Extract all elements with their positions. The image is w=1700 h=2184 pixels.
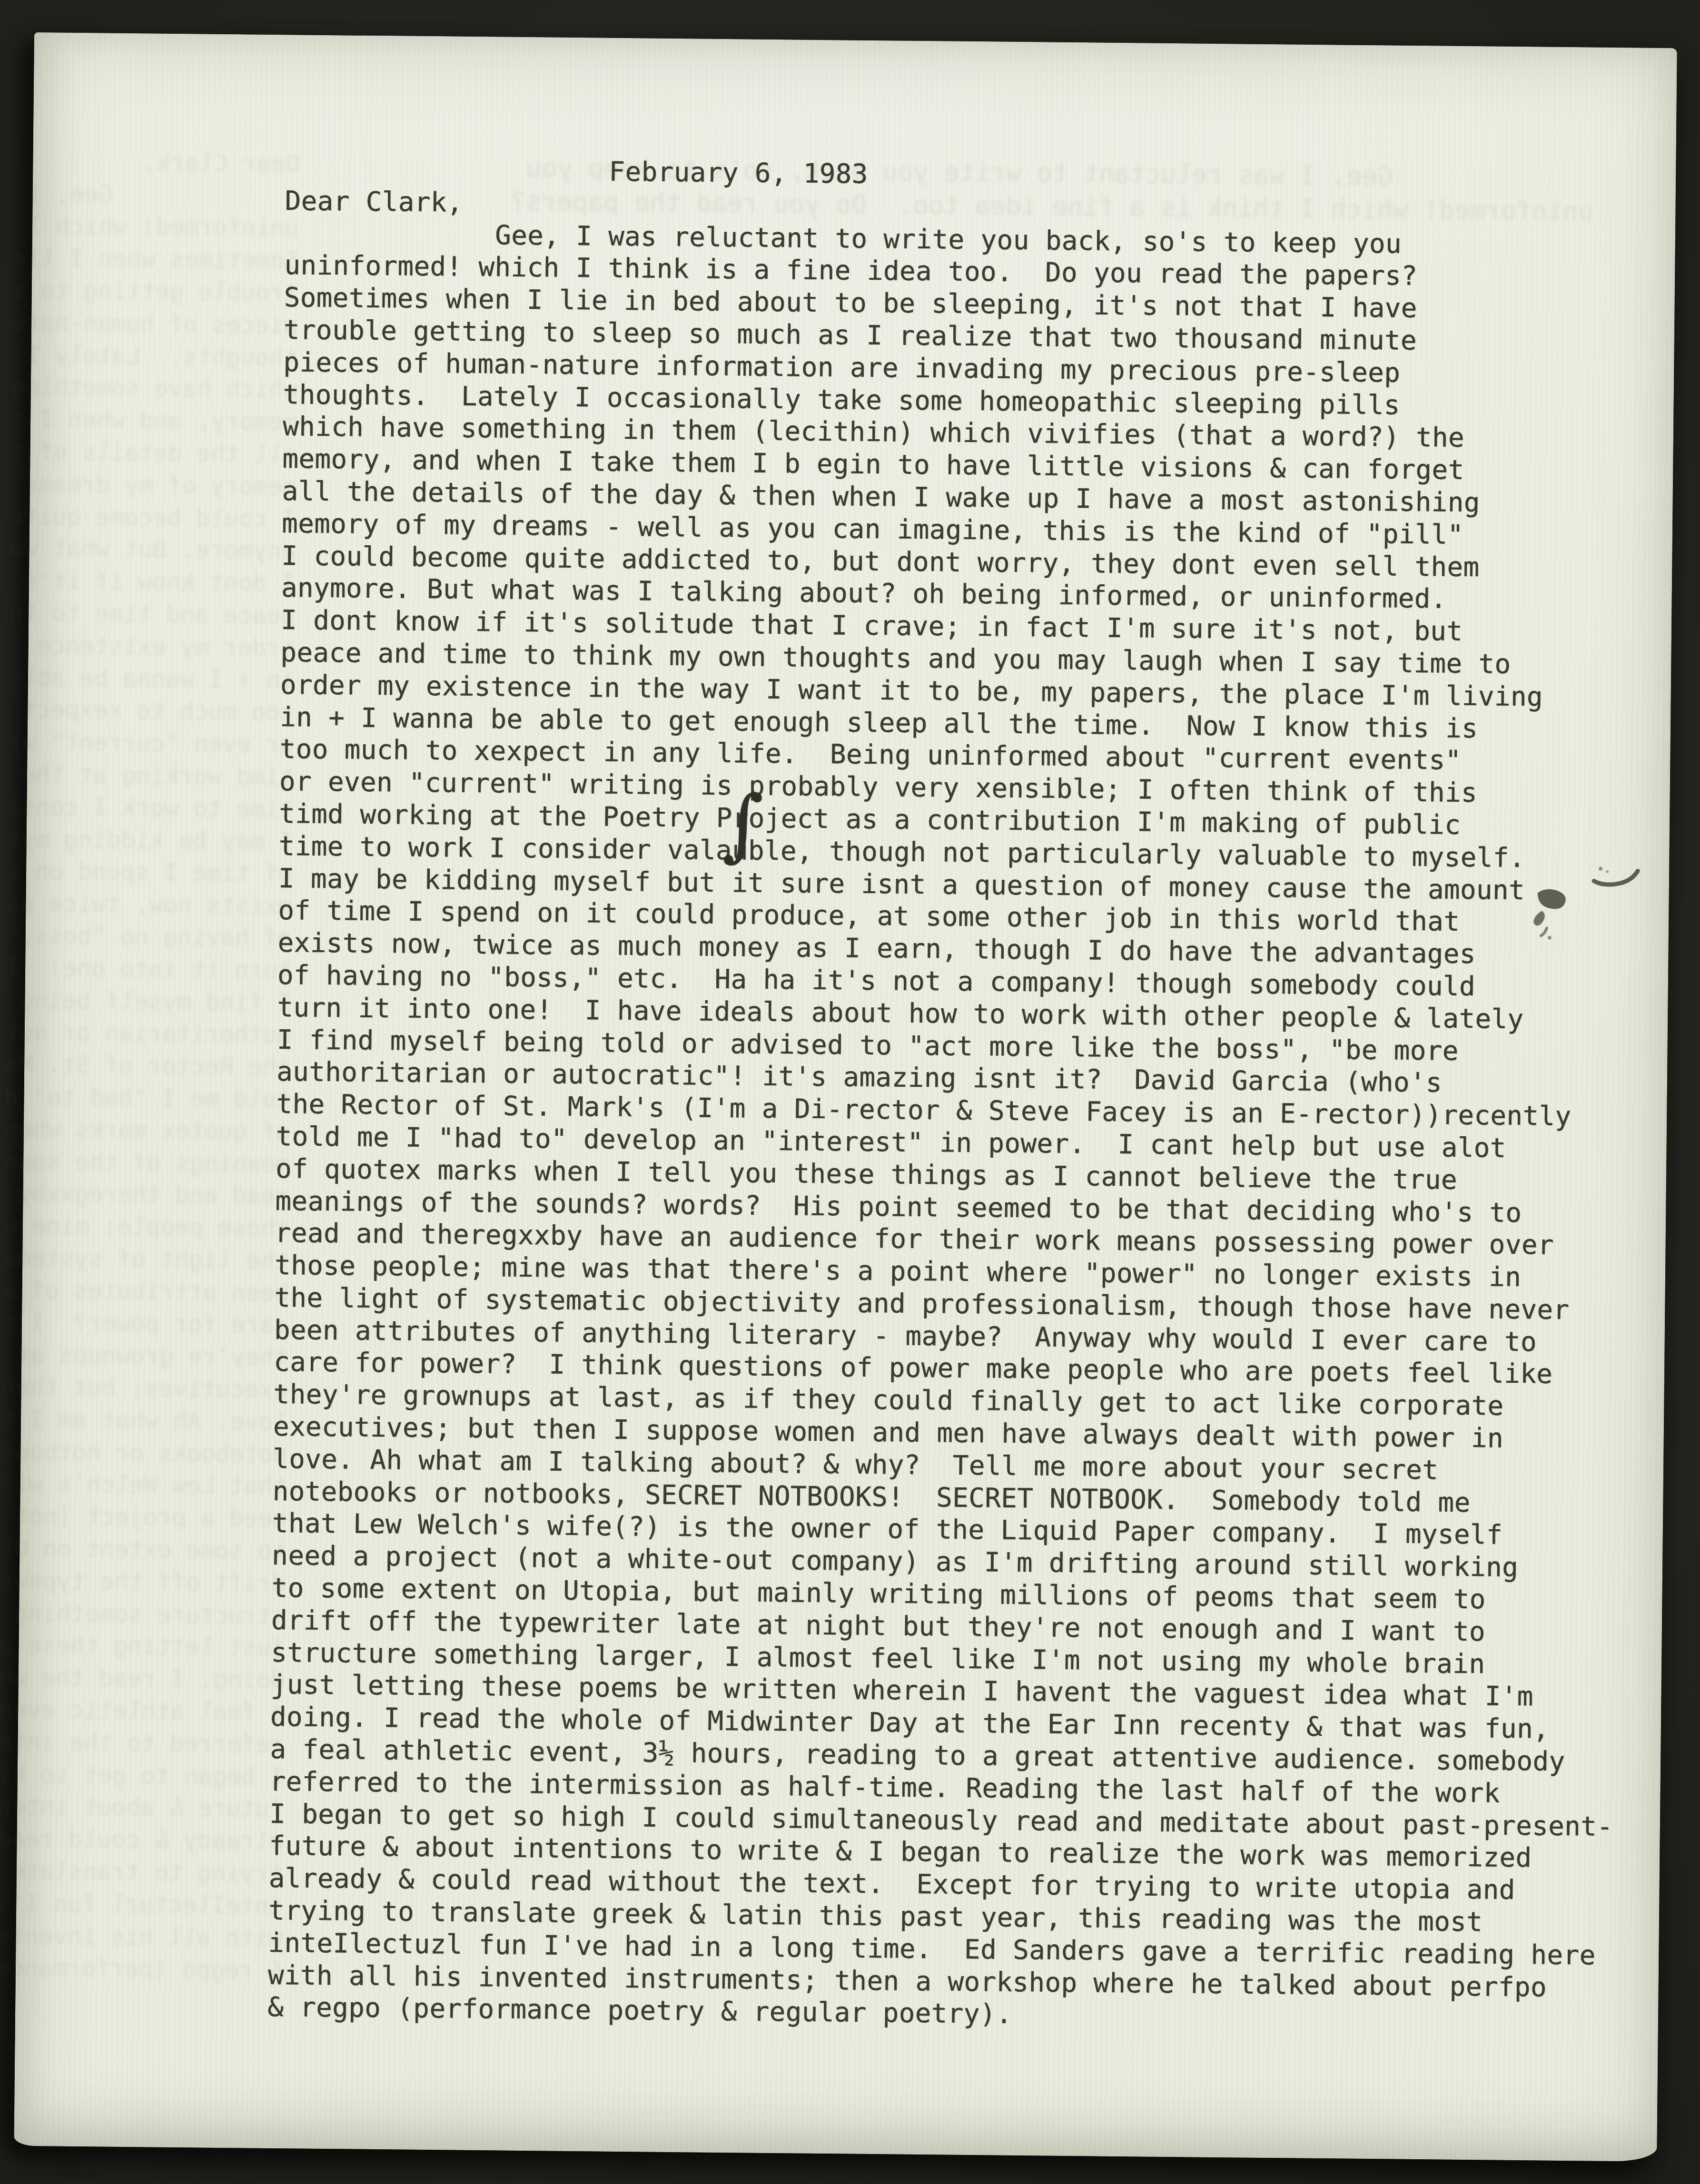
scan-background: February 6, 1983 Dear Clark, Gee, I was … [0,0,1700,2184]
letter-page: February 6, 1983 Dear Clark, Gee, I was … [14,32,1677,2162]
letter-body: February 6, 1983Dear Clark, Gee, I was r… [267,153,1666,2037]
handwritten-insertion-mark: ∫ [722,785,764,864]
bleedthrough-text-left: February 6, 1983 Dear Clark, Gee, I was … [0,113,300,2091]
